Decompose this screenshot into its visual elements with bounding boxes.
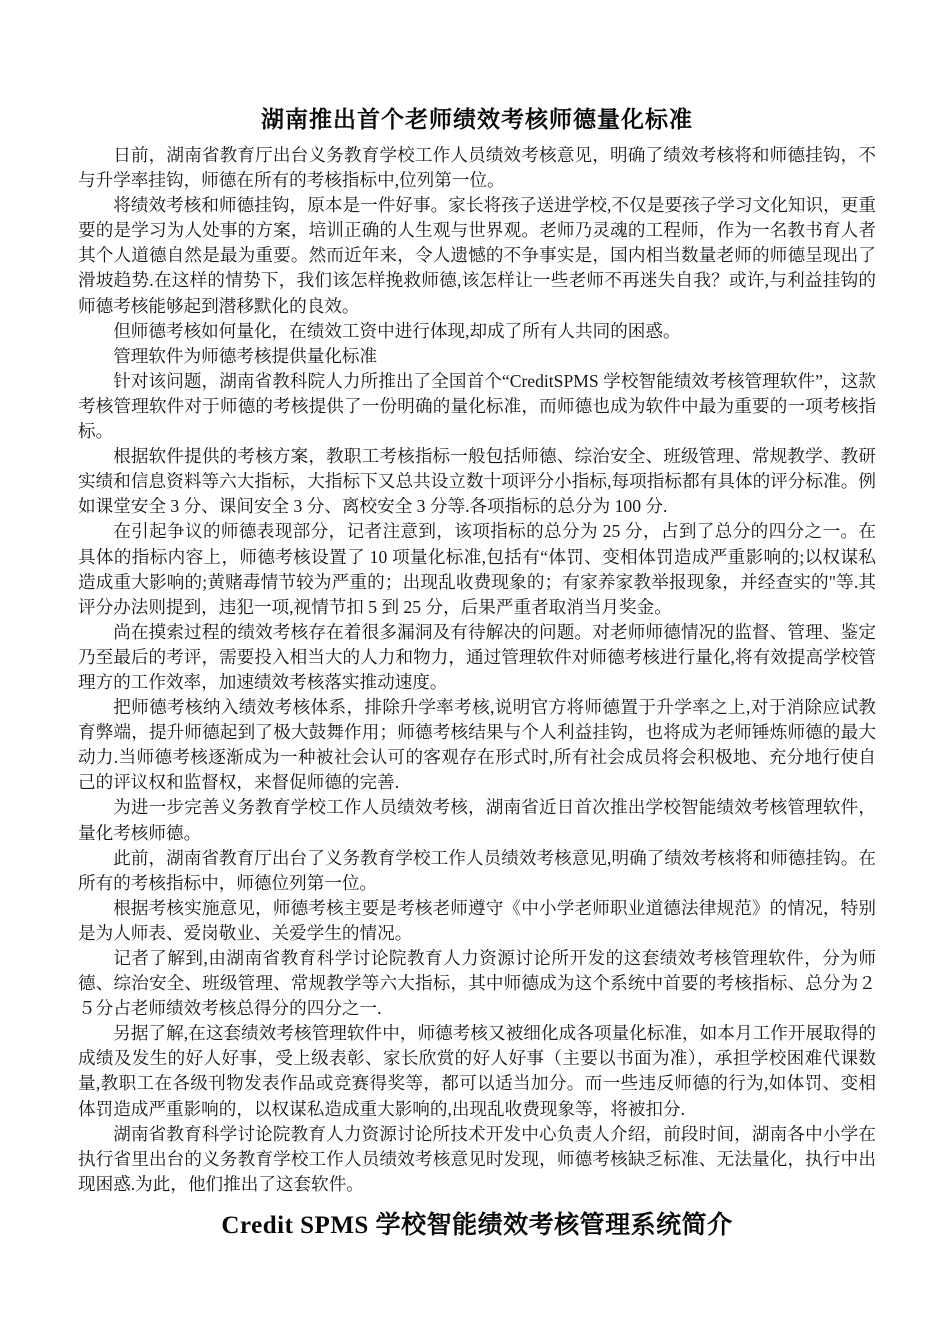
paragraph: 针对该问题，湖南省教科院人力所推出了全国首个“CreditSPMS 学校智能绩效… (78, 369, 876, 444)
paragraph: 在引起争议的师德表现部分，记者注意到，该项指标的总分为 25 分，占到了总分的四… (78, 519, 876, 619)
paragraph: 湖南省教育科学讨论院教育人力资源讨论所技术开发中心负责人介绍，前段时间，湖南各中… (78, 1122, 876, 1197)
paragraph: 为进一步完善义务教育学校工作人员绩效考核，湖南省近日首次推出学校智能绩效考核管理… (78, 795, 876, 845)
paragraph: 但师德考核如何量化，在绩效工资中进行体现,却成了所有人共同的困惑。 (78, 319, 876, 344)
document-body: 日前，湖南省教育厅出台义务教育学校工作人员绩效考核意见，明确了绩效考核将和师德挂… (78, 143, 876, 1197)
paragraph: 日前，湖南省教育厅出台义务教育学校工作人员绩效考核意见，明确了绩效考核将和师德挂… (78, 143, 876, 193)
paragraph: 另据了解,在这套绩效考核管理软件中，师德考核又被细化成各项量化标准，如本月工作开… (78, 1021, 876, 1121)
paragraph: 尚在摸索过程的绩效考核存在着很多漏洞及有待解决的问题。对老师师德情况的监督、管理… (78, 620, 876, 695)
paragraph: 将绩效考核和师德挂钩，原本是一件好事。家长将孩子送进学校,不仅是要孩子学习文化知… (78, 193, 876, 318)
paragraph: 根据考核实施意见，师德考核主要是考核老师遵守《中小学老师职业道德法律规范》的情况… (78, 896, 876, 946)
document-title: 湖南推出首个老师绩效考核师德量化标准 (78, 104, 876, 136)
paragraph: 把师德考核纳入绩效考核体系，排除升学率考核,说明官方将师德置于升学率之上,对于消… (78, 695, 876, 795)
paragraph: 记者了解到,由湖南省教育科学讨论院教育人力资源讨论所开发的这套绩效考核管理软件，… (78, 946, 876, 1021)
paragraph: 此前，湖南省教育厅出台了义务教育学校工作人员绩效考核意见,明确了绩效考核将和师德… (78, 846, 876, 896)
paragraph: 根据软件提供的考核方案，教职工考核指标一般包括师德、综治安全、班级管理、常规教学… (78, 444, 876, 519)
paragraph-subheading-line: 管理软件为师德考核提供量化标准 (78, 344, 876, 369)
section-heading: Credit SPMS 学校智能绩效考核管理系统简介 (78, 1210, 876, 1242)
document-page: 湖南推出首个老师绩效考核师德量化标准 日前，湖南省教育厅出台义务教育学校工作人员… (0, 0, 950, 1344)
